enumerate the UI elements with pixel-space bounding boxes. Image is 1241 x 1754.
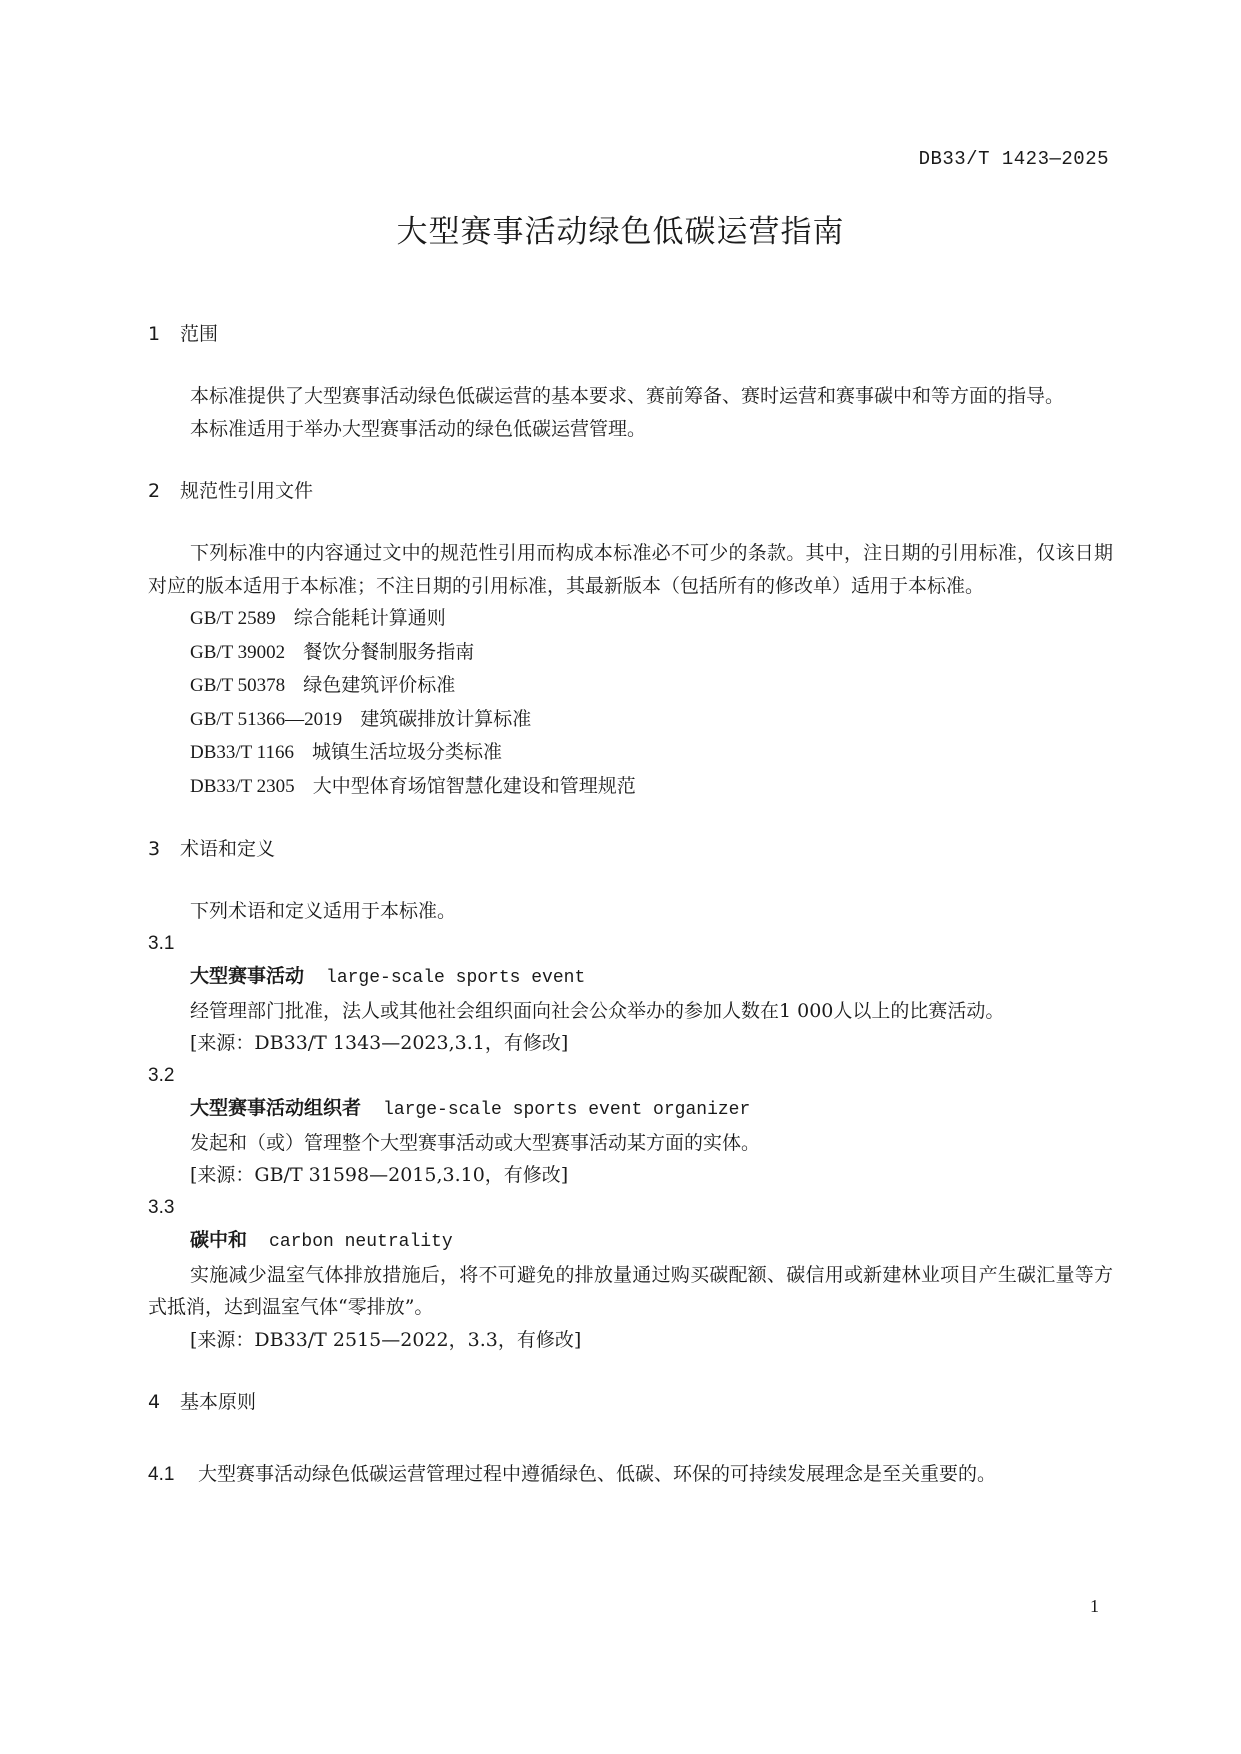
section-number: 2	[148, 475, 180, 507]
reference-title: 餐饮分餐制服务指南	[303, 641, 474, 663]
reference-title: 建筑碳排放计算标准	[360, 708, 531, 730]
term-name-cn: 碳中和	[190, 1229, 247, 1251]
section-number: 1	[148, 318, 180, 350]
reference-code: GB/T 39002	[190, 642, 285, 663]
section-heading-normative-references: 2规范性引用文件	[148, 475, 1113, 507]
term-source: [来源：DB33/T 2515—2022，3.3，有修改]	[148, 1324, 1113, 1357]
reference-code: DB33/T 1166	[190, 742, 294, 763]
term-name-cn: 大型赛事活动组织者	[190, 1097, 361, 1119]
reference-item: GB/T 51366—2019建筑碳排放计算标准	[148, 703, 1113, 737]
section-title: 范围	[180, 323, 218, 345]
section-heading-terms-definitions: 3术语和定义	[148, 833, 1113, 865]
section-heading-scope: 1范围	[148, 318, 1113, 350]
section-title: 基本原则	[180, 1391, 256, 1413]
paragraph: 下列术语和定义适用于本标准。	[148, 895, 1113, 928]
clause-number: 4.1	[148, 1459, 198, 1492]
reference-title: 综合能耗计算通则	[294, 607, 446, 629]
section-number: 4	[148, 1386, 180, 1418]
term-name-en: large-scale sports event	[326, 968, 585, 988]
term-name: 大型赛事活动组织者large-scale sports event organi…	[148, 1092, 1113, 1127]
reference-item: GB/T 39002餐饮分餐制服务指南	[148, 636, 1113, 670]
term-definition: 经管理部门批准，法人或其他社会组织面向社会公众举办的参加人数在1 000人以上的…	[148, 995, 1113, 1028]
paragraph: 本标准适用于举办大型赛事活动的绿色低碳运营管理。	[148, 413, 1113, 446]
term-name: 碳中和carbon neutrality	[148, 1224, 1113, 1259]
term-source: [来源：DB33/T 1343—2023,3.1，有修改]	[148, 1027, 1113, 1060]
term-name: 大型赛事活动large-scale sports event	[148, 960, 1113, 995]
reference-code: DB33/T 2305	[190, 776, 295, 797]
term-name-en: large-scale sports event organizer	[383, 1100, 750, 1120]
document-body: 1范围 本标准提供了大型赛事活动绿色低碳运营的基本要求、赛前筹备、赛时运营和赛事…	[148, 318, 1113, 1492]
page-number: 1	[1090, 1596, 1099, 1617]
paragraph: 下列标准中的内容通过文中的规范性引用而构成本标准必不可少的条款。其中，注日期的引…	[148, 537, 1113, 602]
section-title: 规范性引用文件	[180, 480, 313, 502]
document-title: 大型赛事活动绿色低碳运营指南	[0, 206, 1241, 251]
term-number: 3.1	[148, 928, 1113, 961]
paragraph: 本标准提供了大型赛事活动绿色低碳运营的基本要求、赛前筹备、赛时运营和赛事碳中和等…	[148, 380, 1113, 413]
term-definition: 发起和（或）管理整个大型赛事活动或大型赛事活动某方面的实体。	[148, 1127, 1113, 1160]
reference-item: GB/T 50378绿色建筑评价标准	[148, 669, 1113, 703]
section-number: 3	[148, 833, 180, 865]
term-number: 3.2	[148, 1060, 1113, 1093]
reference-title: 绿色建筑评价标准	[303, 674, 455, 696]
reference-title: 大中型体育场馆智慧化建设和管理规范	[313, 775, 636, 797]
reference-item: GB/T 2589综合能耗计算通则	[148, 602, 1113, 636]
section-heading-basic-principles: 4基本原则	[148, 1386, 1113, 1418]
reference-item: DB33/T 2305大中型体育场馆智慧化建设和管理规范	[148, 770, 1113, 804]
term-source: [来源：GB/T 31598—2015,3.10，有修改]	[148, 1159, 1113, 1192]
reference-title: 城镇生活垃圾分类标准	[312, 741, 502, 763]
reference-code: GB/T 50378	[190, 675, 285, 696]
term-number: 3.3	[148, 1192, 1113, 1225]
reference-code: GB/T 51366—2019	[190, 709, 342, 730]
term-definition: 实施减少温室气体排放措施后，将不可避免的排放量通过购买碳配额、碳信用或新建林业项…	[148, 1259, 1113, 1324]
document-code: DB33/T 1423—2025	[919, 148, 1109, 170]
reference-code: GB/T 2589	[190, 608, 276, 629]
term-name-en: carbon neutrality	[269, 1232, 453, 1252]
clause: 4.1大型赛事活动绿色低碳运营管理过程中遵循绿色、低碳、环保的可持续发展理念是至…	[148, 1458, 1113, 1492]
section-title: 术语和定义	[180, 838, 275, 860]
clause-text: 大型赛事活动绿色低碳运营管理过程中遵循绿色、低碳、环保的可持续发展理念是至关重要…	[198, 1463, 996, 1485]
term-name-cn: 大型赛事活动	[190, 965, 304, 987]
reference-item: DB33/T 1166城镇生活垃圾分类标准	[148, 736, 1113, 770]
